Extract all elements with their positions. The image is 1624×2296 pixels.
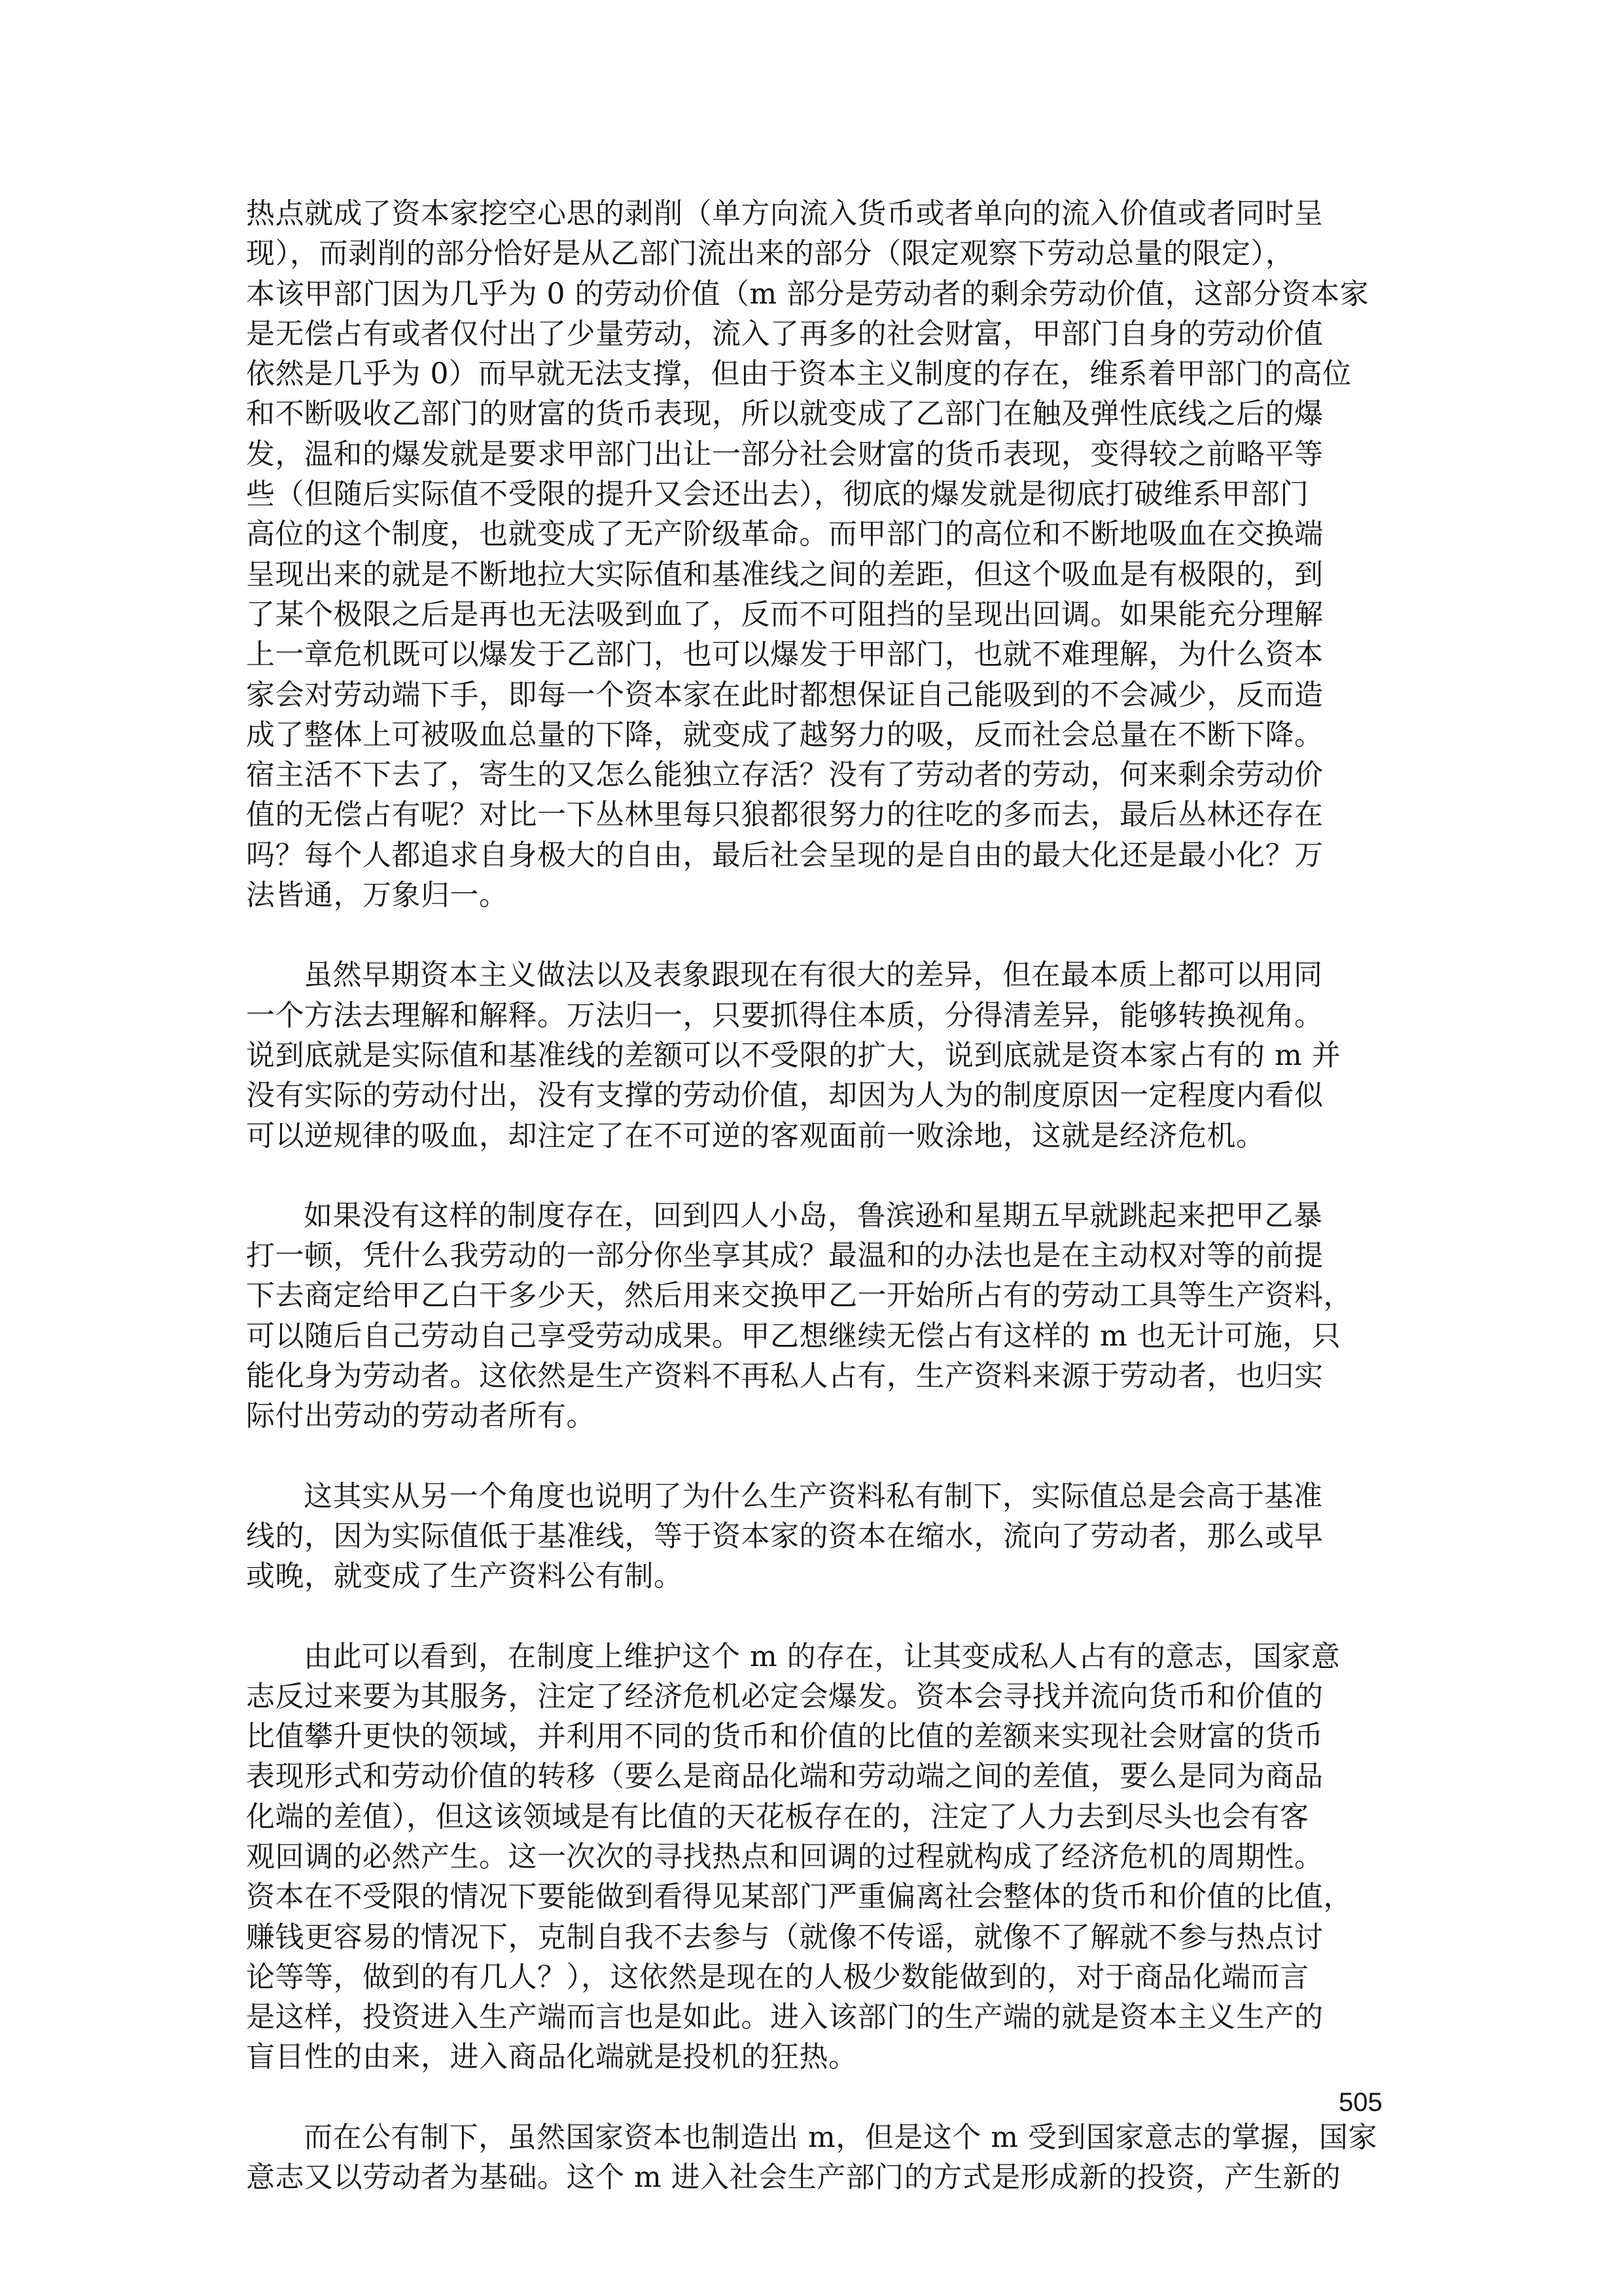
text-line: 这其实从另一个角度也说明了为什么生产资料私有制下，实际值总是会高于基准 bbox=[246, 1476, 1398, 1516]
paragraph-1: 热点就成了资本家挖空心思的剥削（单方向流入货币或者单向的流入价值或者同时呈 现）… bbox=[246, 194, 1398, 915]
document-page: 热点就成了资本家挖空心思的剥削（单方向流入货币或者单向的流入价值或者同时呈 现）… bbox=[0, 0, 1624, 2296]
text-line: 线的，因为实际值低于基准线，等于资本家的资本在缩水，流向了劳动者，那么或早 bbox=[246, 1516, 1398, 1556]
text-line: 本该甲部门因为几乎为 0 的劳动价值（m 部分是劳动者的剩余劳动价值，这部分资本… bbox=[246, 274, 1398, 314]
paragraph-5: 由此可以看到，在制度上维护这个 m 的存在，让其变成私人占有的意志，国家意 志反… bbox=[246, 1637, 1398, 2078]
text-line: 表现形式和劳动价值的转移（要么是商品化端和劳动端之间的差值，要么是同为商品 bbox=[246, 1756, 1398, 1796]
text-line: 由此可以看到，在制度上维护这个 m 的存在，让其变成私人占有的意志，国家意 bbox=[246, 1637, 1398, 1677]
text-line: 值的无偿占有呢？对比一下丛林里每只狼都很努力的往吃的多而去，最后丛林还存在 bbox=[246, 795, 1398, 835]
text-line: 盲目性的由来，进入商品化端就是投机的狂热。 bbox=[246, 2037, 1398, 2077]
text-line: 家会对劳动端下手，即每一个资本家在此时都想保证自己能吸到的不会减少，反而造 bbox=[246, 675, 1398, 715]
text-line: 意志又以劳动者为基础。这个 m 进入社会生产部门的方式是形成新的投资，产生新的 bbox=[246, 2157, 1398, 2197]
text-line: 化端的差值），但这该领域是有比值的天花板存在的，注定了人力去到尽头也会有客 bbox=[246, 1797, 1398, 1837]
body-text: 热点就成了资本家挖空心思的剥削（单方向流入货币或者单向的流入价值或者同时呈 现）… bbox=[246, 194, 1398, 2197]
text-line: 虽然早期资本主义做法以及表象跟现在有很大的差异，但在最本质上都可以用同 bbox=[246, 955, 1398, 995]
text-line: 是这样，投资进入生产端而言也是如此。进入该部门的生产端的就是资本主义生产的 bbox=[246, 1997, 1398, 2037]
text-line: 现），而剥削的部分恰好是从乙部门流出来的部分（限定观察下劳动总量的限定）， bbox=[246, 234, 1398, 273]
text-line: 上一章危机既可以爆发于乙部门，也可以爆发于甲部门，也就不难理解，为什么资本 bbox=[246, 635, 1398, 674]
text-line: 说到底就是实际值和基准线的差额可以不受限的扩大，说到底就是资本家占有的 m 并 bbox=[246, 1035, 1398, 1075]
text-line: 比值攀升更快的领域，并利用不同的货币和价值的比值的差额来实现社会财富的货币 bbox=[246, 1716, 1398, 1756]
text-line: 些（但随后实际值不受限的提升又会还出去），彻底的爆发就是彻底打破维系甲部门 bbox=[246, 474, 1398, 514]
paragraph-2: 虽然早期资本主义做法以及表象跟现在有很大的差异，但在最本质上都可以用同 一个方法… bbox=[246, 955, 1398, 1155]
text-line: 论等等，做到的有几人？），这依然是现在的人极少数能做到的，对于商品化端而言 bbox=[246, 1957, 1398, 1997]
text-line: 如果没有这样的制度存在，回到四人小岛，鲁滨逊和星期五早就跳起来把甲乙暴 bbox=[246, 1196, 1398, 1236]
text-line: 宿主活不下去了，寄生的又怎么能独立存活？没有了劳动者的劳动，何来剩余劳动价 bbox=[246, 755, 1398, 795]
page-number: 505 bbox=[1339, 2088, 1383, 2117]
text-line: 观回调的必然产生。这一次次的寻找热点和回调的过程就构成了经济危机的周期性。 bbox=[246, 1837, 1398, 1877]
text-line: 是无偿占有或者仅付出了少量劳动，流入了再多的社会财富，甲部门自身的劳动价值 bbox=[246, 314, 1398, 354]
paragraph-4: 这其实从另一个角度也说明了为什么生产资料私有制下，实际值总是会高于基准 线的，因… bbox=[246, 1476, 1398, 1597]
text-line: 打一顿，凭什么我劳动的一部分你坐享其成？最温和的办法也是在主动权对等的前提 bbox=[246, 1236, 1398, 1276]
text-line: 资本在不受限的情况下要能做到看得见某部门严重偏离社会整体的货币和价值的比值， bbox=[246, 1877, 1398, 1917]
text-line: 没有实际的劳动付出，没有支撑的劳动价值，却因为人为的制度原因一定程度内看似 bbox=[246, 1075, 1398, 1115]
text-line: 呈现出来的就是不断地拉大实际值和基准线之间的差距，但这个吸血是有极限的，到 bbox=[246, 555, 1398, 595]
text-line: 可以逆规律的吸血，却注定了在不可逆的客观面前一败涂地，这就是经济危机。 bbox=[246, 1116, 1398, 1156]
text-line: 吗？每个人都追求自身极大的自由，最后社会呈现的是自由的最大化还是最小化？万 bbox=[246, 835, 1398, 875]
text-line: 热点就成了资本家挖空心思的剥削（单方向流入货币或者单向的流入价值或者同时呈 bbox=[246, 194, 1398, 234]
paragraph-3: 如果没有这样的制度存在，回到四人小岛，鲁滨逊和星期五早就跳起来把甲乙暴 打一顿，… bbox=[246, 1196, 1398, 1436]
paragraph-6: 而在公有制下，虽然国家资本也制造出 m，但是这个 m 受到国家意志的掌握，国家 … bbox=[246, 2117, 1398, 2198]
text-line: 赚钱更容易的情况下，克制自我不去参与（就像不传谣，就像不了解就不参与热点讨 bbox=[246, 1917, 1398, 1957]
text-line: 际付出劳动的劳动者所有。 bbox=[246, 1396, 1398, 1436]
text-line: 法皆通，万象归一。 bbox=[246, 875, 1398, 915]
text-line: 和不断吸收乙部门的财富的货币表现，所以就变成了乙部门在触及弹性底线之后的爆 bbox=[246, 394, 1398, 434]
text-line: 而在公有制下，虽然国家资本也制造出 m，但是这个 m 受到国家意志的掌握，国家 bbox=[246, 2117, 1398, 2157]
text-line: 了某个极限之后是再也无法吸到血了，反而不可阻挡的呈现出回调。如果能充分理解 bbox=[246, 595, 1398, 635]
text-line: 可以随后自己劳动自己享受劳动成果。甲乙想继续无偿占有这样的 m 也无计可施，只 bbox=[246, 1316, 1398, 1356]
text-line: 志反过来要为其服务，注定了经济危机必定会爆发。资本会寻找并流向货币和价值的 bbox=[246, 1677, 1398, 1716]
text-line: 能化身为劳动者。这依然是生产资料不再私人占有，生产资料来源于劳动者，也归实 bbox=[246, 1356, 1398, 1396]
text-line: 依然是几乎为 0）而早就无法支撑，但由于资本主义制度的存在，维系着甲部门的高位 bbox=[246, 354, 1398, 394]
text-line: 高位的这个制度，也就变成了无产阶级革命。而甲部门的高位和不断地吸血在交换端 bbox=[246, 514, 1398, 554]
text-line: 一个方法去理解和解释。万法归一，只要抓得住本质，分得清差异，能够转换视角。 bbox=[246, 996, 1398, 1035]
text-line: 或晚，就变成了生产资料公有制。 bbox=[246, 1556, 1398, 1596]
text-line: 发，温和的爆发就是要求甲部门出让一部分社会财富的货币表现，变得较之前略平等 bbox=[246, 434, 1398, 474]
text-line: 下去商定给甲乙白干多少天，然后用来交换甲乙一开始所占有的劳动工具等生产资料， bbox=[246, 1276, 1398, 1315]
text-line: 成了整体上可被吸血总量的下降，就变成了越努力的吸，反而社会总量在不断下降。 bbox=[246, 715, 1398, 755]
